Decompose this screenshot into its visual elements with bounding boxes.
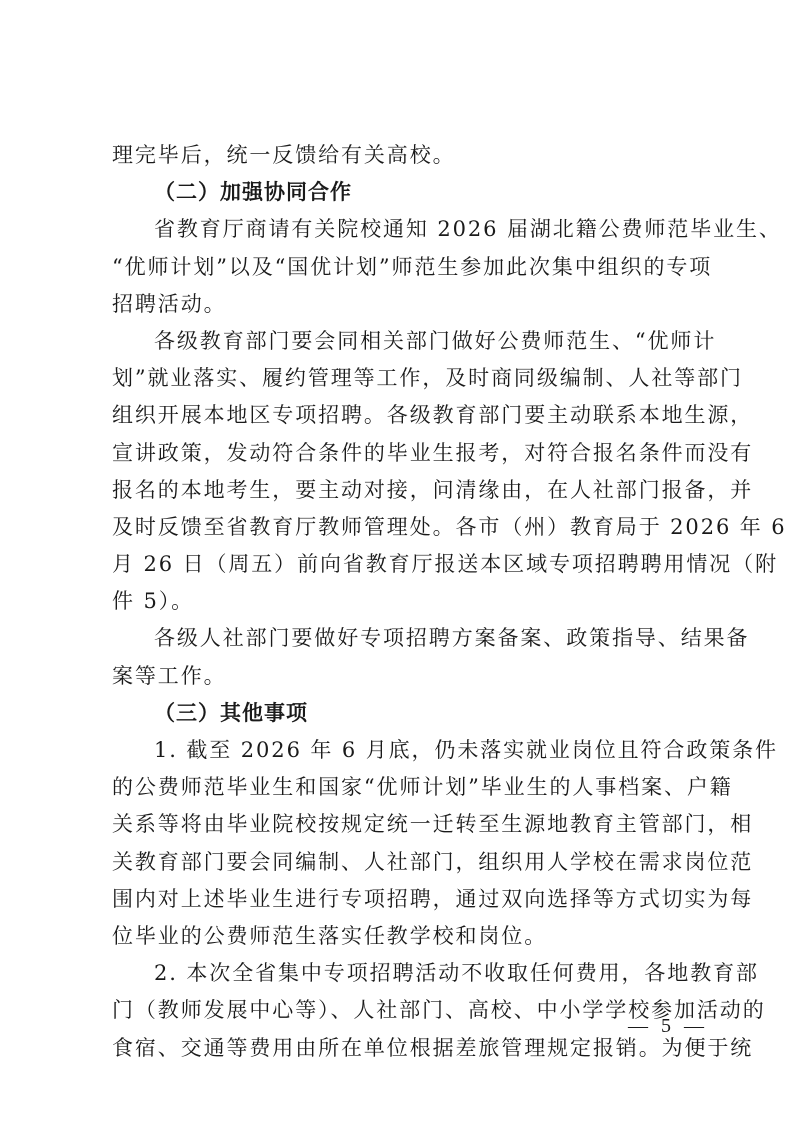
section-heading-3: （三）其他事项: [112, 695, 700, 732]
paragraph-line: 1. 截至 2026 年 6 月底，仍未落实就业岗位且符合政策条件: [112, 732, 700, 769]
paragraph-line: 月 26 日（周五）前向省教育厅报送本区域专项招聘聘用情况（附: [112, 546, 700, 583]
paragraph-line: 各级人社部门要做好专项招聘方案备案、政策指导、结果备: [112, 620, 700, 657]
section-heading-2: （二）加强协同合作: [112, 174, 700, 211]
paragraph-line: 关系等将由毕业院校按规定统一迁转至生源地教育主管部门，相: [112, 806, 700, 843]
paragraph-line: 食宿、交通等费用由所在单位根据差旅管理规定报销。为便于统: [112, 1030, 700, 1067]
paragraph-line: 关教育部门要会同编制、人社部门，组织用人学校在需求岗位范: [112, 844, 700, 881]
paragraph-line: 围内对上述毕业生进行专项招聘，通过双向选择等方式切实为每: [112, 881, 700, 918]
paragraph-line: “优师计划”以及“国优计划”师范生参加此次集中组织的专项: [112, 249, 700, 286]
document-body: 理完毕后，统一反馈给有关高校。 （二）加强协同合作 省教育厅商请有关院校通知 2…: [112, 137, 700, 1067]
paragraph-line: 宣讲政策，发动符合条件的毕业生报考，对符合报名条件而没有: [112, 435, 700, 472]
paragraph-line: 的公费师范毕业生和国家“优师计划”毕业生的人事档案、户籍: [112, 769, 700, 806]
paragraph-line: 案等工作。: [112, 658, 700, 695]
paragraph-line: 件 5）。: [112, 583, 700, 620]
text-line: 理完毕后，统一反馈给有关高校。: [112, 137, 700, 174]
page-number: — 5 —: [628, 1015, 708, 1038]
paragraph-line: 及时反馈至省教育厅教师管理处。各市（州）教育局于 2026 年 6: [112, 509, 700, 546]
paragraph-line: 2. 本次全省集中专项招聘活动不收取任何费用，各地教育部: [112, 955, 700, 992]
paragraph-line: 组织开展本地区专项招聘。各级教育部门要主动联系本地生源，: [112, 397, 700, 434]
paragraph-line: 招聘活动。: [112, 286, 700, 323]
paragraph-line: 省教育厅商请有关院校通知 2026 届湖北籍公费师范毕业生、: [112, 211, 700, 248]
paragraph-line: 报名的本地考生，要主动对接，问清缘由，在人社部门报备，并: [112, 472, 700, 509]
paragraph-line: 位毕业的公费师范生落实任教学校和岗位。: [112, 918, 700, 955]
paragraph-line: 各级教育部门要会同相关部门做好公费师范生、“优师计: [112, 323, 700, 360]
paragraph-line: 划”就业落实、履约管理等工作，及时商同级编制、人社等部门: [112, 360, 700, 397]
paragraph-line: 门（教师发展中心等）、人社部门、高校、中小学学校参加活动的: [112, 992, 700, 1029]
